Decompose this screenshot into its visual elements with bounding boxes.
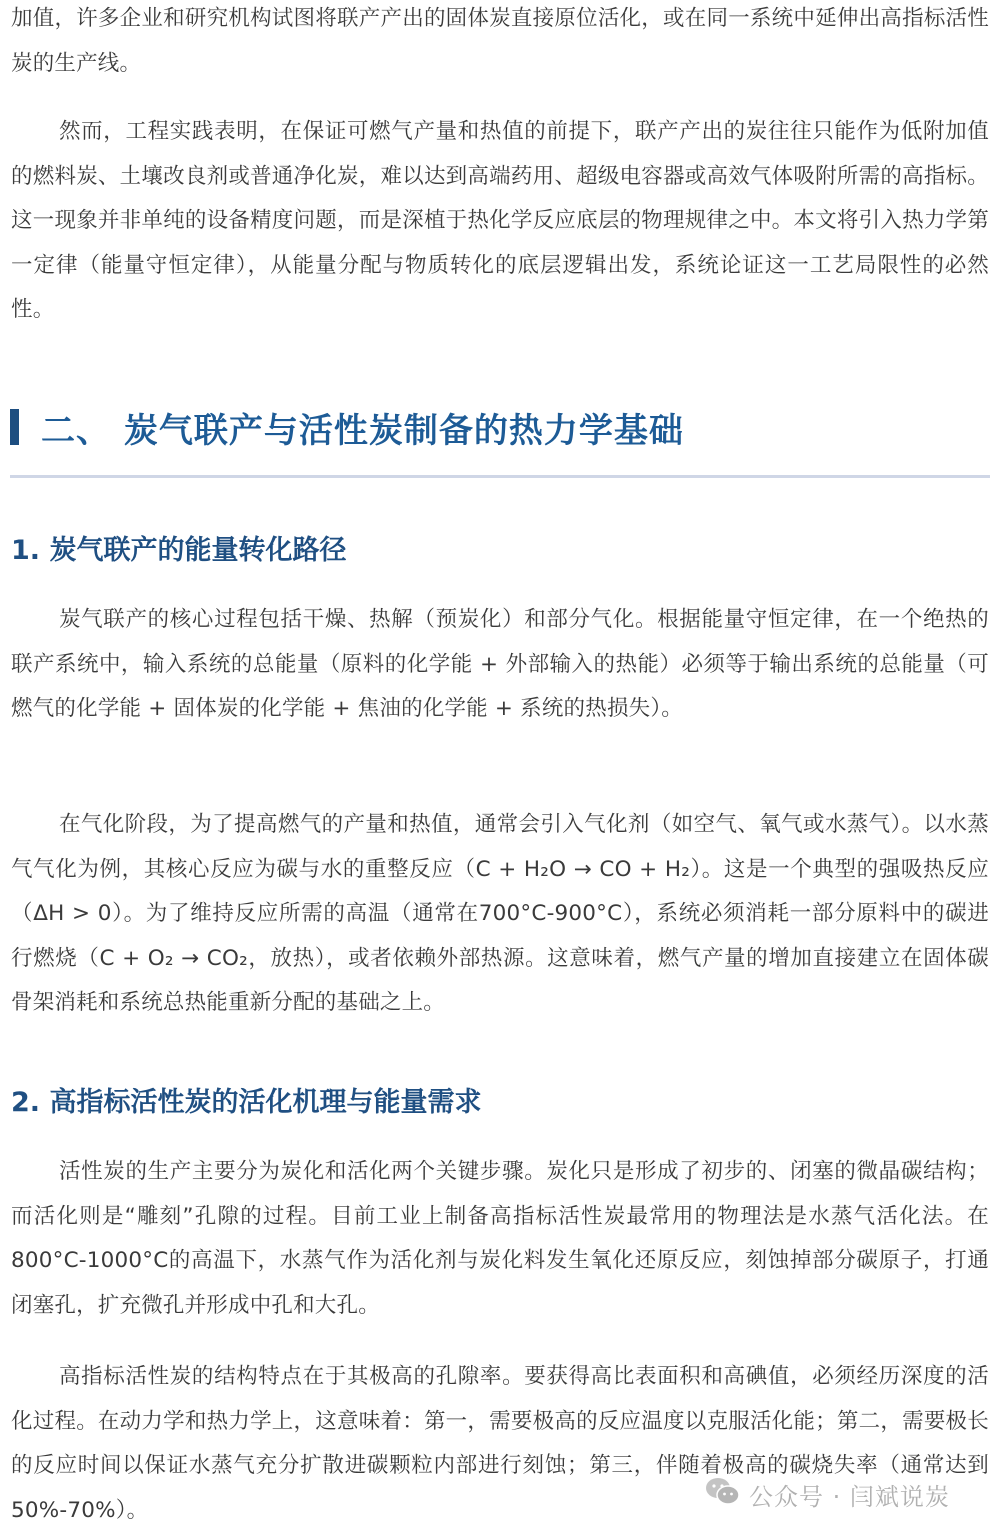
heading-accent-bar (10, 409, 19, 445)
paragraph-gasification: 在气化阶段，为了提高燃气的产量和热值，通常会引入气化剂（如空气、氧气或水蒸气）。… (11, 803, 989, 1026)
paragraph-however: 然而，工程实践表明，在保证可燃气产量和热值的前提下，联产产出的炭往往只能作为低附… (11, 110, 989, 333)
watermark-text: 公众号 · 闫斌说炭 (749, 1477, 950, 1512)
section-divider (10, 475, 990, 478)
subsection-title-1: 1. 炭气联产的能量转化路径 (11, 528, 346, 567)
paragraph-activation: 活性炭的生产主要分为炭化和活化两个关键步骤。炭化只是形成了初步的、闭塞的微晶碳结… (11, 1150, 989, 1328)
watermark: 公众号 · 闫斌说炭 (705, 1476, 950, 1512)
paragraph-intro-tail: 加值，许多企业和研究机构试图将联产产出的固体炭直接原位活化，或在同一系统中延伸出… (11, 0, 989, 86)
subsection-title-2: 2. 高指标活性炭的活化机理与能量需求 (11, 1080, 481, 1119)
wechat-icon (705, 1476, 749, 1512)
section-title: 二、 炭气联产与活性炭制备的热力学基础 (41, 403, 684, 452)
section-heading: 二、 炭气联产与活性炭制备的热力学基础 (10, 402, 684, 452)
paragraph-energy-path: 炭气联产的核心过程包括干燥、热解（预炭化）和部分气化。根据能量守恒定律，在一个绝… (11, 598, 989, 732)
